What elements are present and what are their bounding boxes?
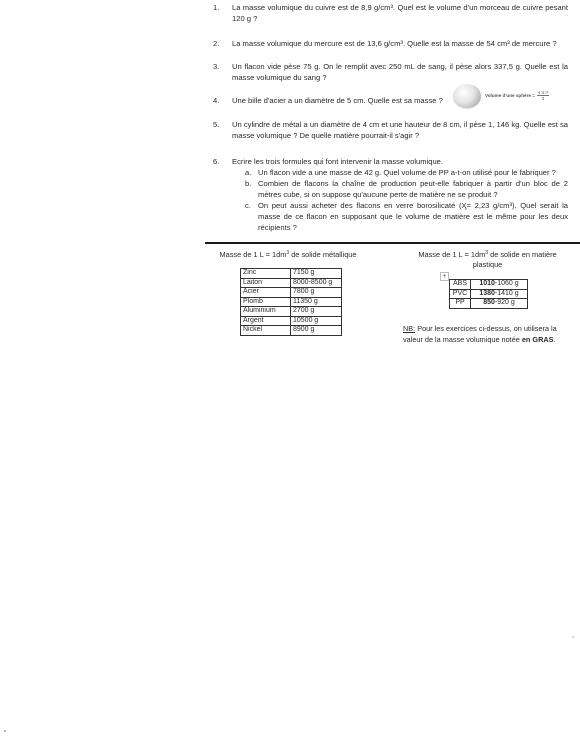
mass-bold-value: 850 <box>483 299 495 306</box>
table-row: Aluminium2700 g <box>241 307 342 317</box>
exercise-text: La masse volumique du mercure est de 13,… <box>232 38 568 49</box>
exercise-number: 4. <box>213 95 219 106</box>
sphere-icon <box>453 84 481 108</box>
material-cell: PVC <box>450 289 471 299</box>
mass-cell: 11350 g <box>291 297 342 307</box>
title-suffix: de solide métallique <box>289 250 356 259</box>
table-row: PVC1380-1410 g <box>450 289 528 299</box>
mass-cell: 1010-1060 g <box>471 280 528 290</box>
table-row: Laiton8000-8500 g <box>241 278 342 288</box>
exercise-number: 2. <box>213 38 219 49</box>
material-cell: Aluminium <box>241 307 291 317</box>
title-prefix: Masse de 1 L = 1dm <box>219 250 286 259</box>
material-cell: Plomb <box>241 297 291 307</box>
mass-cell: 2700 g <box>291 307 342 317</box>
table-row: Zinc7150 g <box>241 269 342 279</box>
exercise-text: Un cylindre de métal a un diamètre de 4 … <box>232 119 568 141</box>
table-row: PP850-920 g <box>450 299 528 309</box>
material-cell: PP <box>450 299 471 309</box>
table-row: ABS1010-1060 g <box>450 280 528 290</box>
material-cell: Acier <box>241 288 291 298</box>
worksheet-page: 1. La masse volumique du cuivre est de 8… <box>0 0 580 750</box>
plastic-density-table: ABS1010-1060 gPVC1380-1410 gPP850-920 g <box>449 279 528 309</box>
exercise-2: 2. La masse volumique du mercure est de … <box>213 38 568 49</box>
sub-item-letter: a. <box>245 167 251 178</box>
formula-label: Volume d'une sphère = <box>485 90 535 101</box>
sub-item-text: Combien de flacons la chaîne de producti… <box>258 178 568 200</box>
exercise-number: 3. <box>213 61 219 72</box>
exercise-1: 1. La masse volumique du cuivre est de 8… <box>213 2 568 24</box>
sphere-volume-formula: Volume d'une sphère = 4 π r³ 3 <box>485 90 549 101</box>
mass-bold-value: 1380 <box>479 290 495 297</box>
note-label: NB: <box>403 324 415 333</box>
mass-cell: 7150 g <box>291 269 342 279</box>
table-row: Plomb11350 g <box>241 297 342 307</box>
metal-section-title: Masse de 1 L = 1dm3 de solide métallique <box>213 250 363 260</box>
mass-cell: 10500 g <box>291 316 342 326</box>
scan-artifact <box>572 636 574 638</box>
material-cell: ABS <box>450 280 471 290</box>
mass-cell: 8900 g <box>291 326 342 336</box>
note-emphasis: en GRAS <box>522 335 554 344</box>
sub-item-letter: b. <box>245 178 251 189</box>
scan-artifact <box>4 730 6 732</box>
section-divider <box>205 242 580 244</box>
material-cell: Argent <box>241 316 291 326</box>
exercise-text: Ecrire les trois formules qui font inter… <box>232 156 568 167</box>
plastic-section-title: Masse de 1 L = 1dm3 de solide en matière… <box>405 250 570 270</box>
note-end: . <box>553 335 555 344</box>
exercise-number: 5. <box>213 119 219 130</box>
mass-cell: 850-920 g <box>471 299 528 309</box>
mass-cell: 7800 g <box>291 288 342 298</box>
metal-density-table: Zinc7150 gLaiton8000-8500 gAcier7800 gPl… <box>240 268 342 336</box>
material-cell: Zinc <box>241 269 291 279</box>
mass-bold-value: 1010 <box>479 280 495 287</box>
sub-item-letter: c. <box>245 200 251 211</box>
sub-item-b: b. Combien de flacons la chaîne de produ… <box>245 178 568 200</box>
exercise-text: La masse volumique du cuivre est de 8,9 … <box>232 2 568 24</box>
material-cell: Nickel <box>241 326 291 336</box>
mass-range-rest: -920 g <box>495 299 515 306</box>
formula-denominator: 3 <box>542 96 544 101</box>
sub-item-text: On peut aussi acheter des flacons en ver… <box>258 200 568 233</box>
sub-item-text: Un flacon vide a une masse de 42 g. Quel… <box>258 167 568 178</box>
exercise-text: Un flacon vide pèse 75 g. On le remplit … <box>232 61 568 83</box>
mass-cell: 1380-1410 g <box>471 289 528 299</box>
exercise-4: 4. Une bille d'acier a un diamètre de 5 … <box>213 95 443 106</box>
sub-item-a: a. Un flacon vide a une masse de 42 g. Q… <box>245 167 568 178</box>
exercise-5: 5. Un cylindre de métal a un diamètre de… <box>213 119 568 141</box>
formula-fraction: 4 π r³ 3 <box>537 90 549 101</box>
table-row: Acier7800 g <box>241 288 342 298</box>
table-row: Nickel8900 g <box>241 326 342 336</box>
sub-item-c: c. On peut aussi acheter des flacons en … <box>245 200 568 233</box>
table-row: Argent10500 g <box>241 316 342 326</box>
table-move-handle[interactable]: + <box>440 272 449 281</box>
note: NB: Pour les exercices ci-dessus, on uti… <box>403 323 573 345</box>
exercise-text: Une bille d'acier a un diamètre de 5 cm.… <box>232 95 443 106</box>
material-cell: Laiton <box>241 278 291 288</box>
mass-range-rest: -1060 g <box>495 280 519 287</box>
mass-cell: 8000-8500 g <box>291 278 342 288</box>
title-prefix: Masse de 1 L = 1dm <box>418 250 485 259</box>
mass-range-rest: -1410 g <box>495 290 519 297</box>
exercise-number: 6. <box>213 156 219 167</box>
exercise-number: 1. <box>213 2 219 13</box>
exercise-3: 3. Un flacon vide pèse 75 g. On le rempl… <box>213 61 568 83</box>
exercise-6: 6. Ecrire les trois formules qui font in… <box>213 156 568 233</box>
